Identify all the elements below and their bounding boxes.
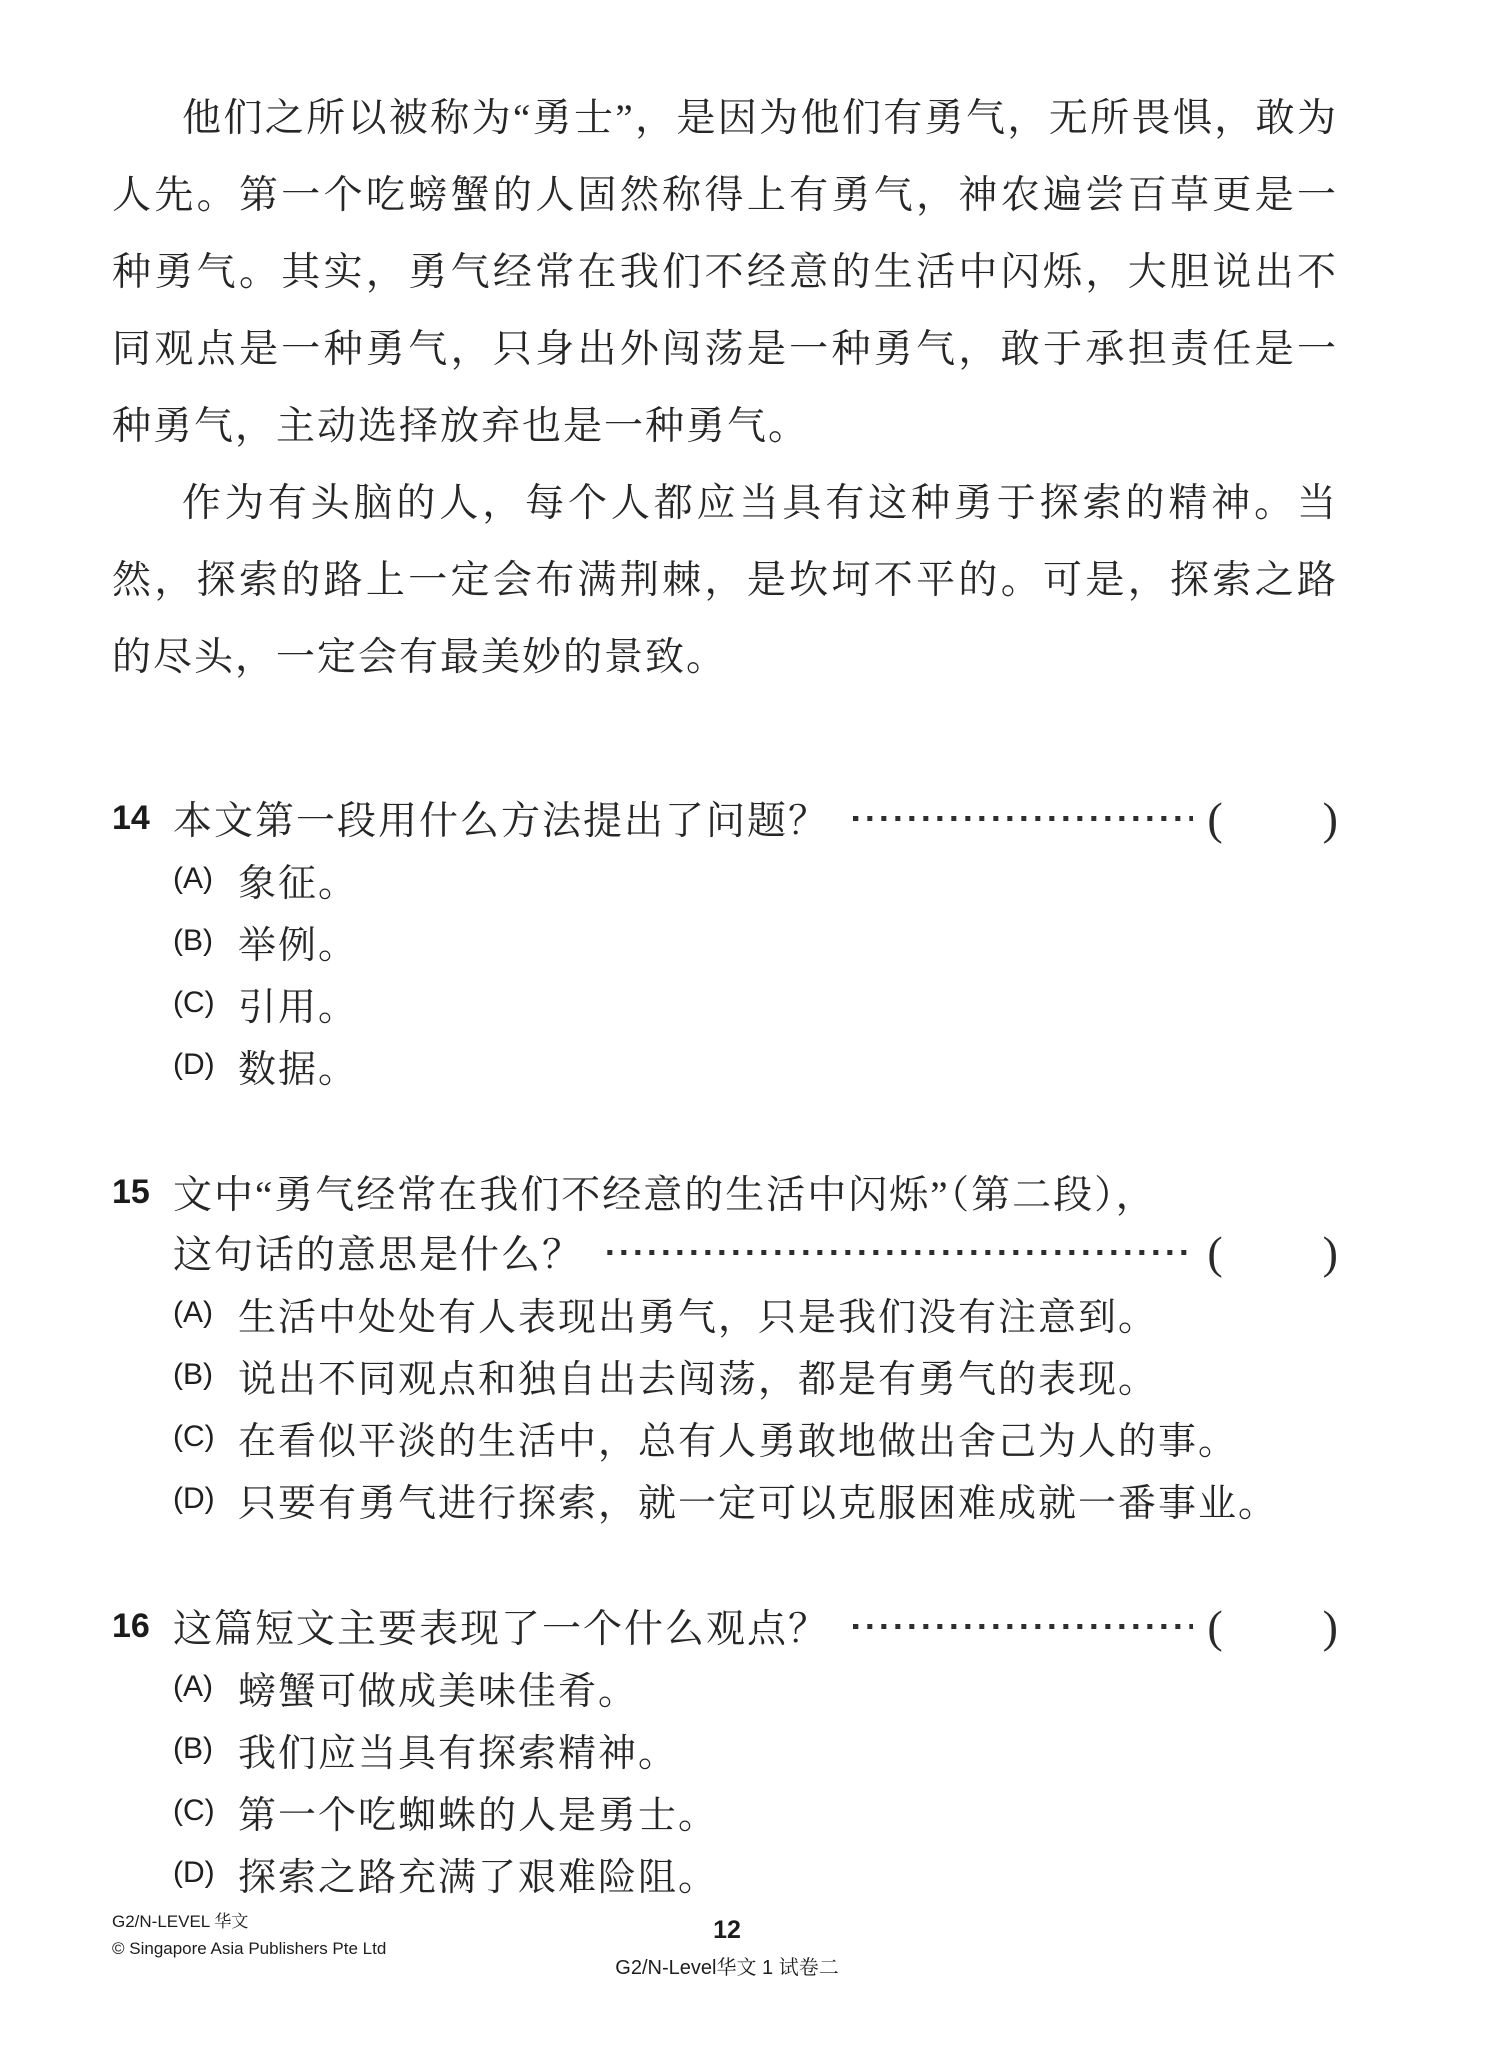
option-label: (B) <box>173 1358 238 1392</box>
option-row: (A) 象征。 <box>112 848 1338 910</box>
page-content: 他们之所以被称为“勇士”，是因为他们有勇气，无所畏惧，敢为人先。第一个吃螃蟹的人… <box>112 0 1338 1904</box>
dotted-leader <box>853 816 1193 821</box>
option-text: 我们应当具有探索精神。 <box>238 1722 678 1777</box>
question-15-options: (A) 生活中处处有人表现出勇气，只是我们没有注意到。 (B) 说出不同观点和独… <box>112 1282 1338 1530</box>
option-row: (D) 只要有勇气进行探索，就一定可以克服困难成就一番事业。 <box>112 1468 1338 1530</box>
option-label: (C) <box>173 1794 238 1828</box>
question-14-text: 本文第一段用什么方法提出了问题？ <box>173 790 829 846</box>
option-text: 引用。 <box>238 976 358 1031</box>
option-text: 象征。 <box>238 852 358 907</box>
option-row: (D) 数据。 <box>112 1034 1338 1096</box>
question-15-text: 文中“勇气经常在我们不经意的生活中闪烁”（第二段）， <box>173 1164 1157 1220</box>
question-16-line: 16 这篇短文主要表现了一个什么观点？ () <box>112 1596 1338 1656</box>
question-15-text-2: 这句话的意思是什么？ <box>173 1224 583 1280</box>
option-text: 在看似平淡的生活中，总有人勇敢地做出舍己为人的事。 <box>238 1410 1238 1465</box>
option-row: (A) 生活中处处有人表现出勇气，只是我们没有注意到。 <box>112 1282 1338 1344</box>
option-label: (C) <box>173 986 238 1020</box>
question-14: 14 本文第一段用什么方法提出了问题？ () (A) 象征。 (B) 举例。 (… <box>112 788 1338 1096</box>
option-text: 只要有勇气进行探索，就一定可以克服困难成就一番事业。 <box>238 1472 1278 1527</box>
option-text: 说出不同观点和独自出去闯荡，都是有勇气的表现。 <box>238 1348 1158 1403</box>
answer-bracket: () <box>1207 1226 1338 1279</box>
passage-paragraph-1: 他们之所以被称为“勇士”，是因为他们有勇气，无所畏惧，敢为人先。第一个吃螃蟹的人… <box>112 80 1338 465</box>
footer-copyright: © Singapore Asia Publishers Pte Ltd <box>112 1935 386 1962</box>
page-number: 12 <box>615 1915 838 1945</box>
option-row: (B) 说出不同观点和独自出去闯荡，都是有勇气的表现。 <box>112 1344 1338 1406</box>
option-label: (A) <box>173 1296 238 1330</box>
option-text: 螃蟹可做成美味佳肴。 <box>238 1660 638 1715</box>
option-label: (B) <box>173 1732 238 1766</box>
option-row: (C) 在看似平淡的生活中，总有人勇敢地做出舍己为人的事。 <box>112 1406 1338 1468</box>
bracket-close: ) <box>1323 792 1338 845</box>
option-text: 举例。 <box>238 914 358 969</box>
option-row: (A) 螃蟹可做成美味佳肴。 <box>112 1656 1338 1718</box>
footer-publisher: G2/N-LEVEL 华文 © Singapore Asia Publisher… <box>112 1908 386 1962</box>
question-16: 16 这篇短文主要表现了一个什么观点？ () (A) 螃蟹可做成美味佳肴。 (B… <box>112 1596 1338 1904</box>
option-row: (C) 引用。 <box>112 972 1338 1034</box>
question-14-number: 14 <box>112 799 173 838</box>
option-label: (A) <box>173 862 238 896</box>
option-label: (A) <box>173 1670 238 1704</box>
question-16-options: (A) 螃蟹可做成美味佳肴。 (B) 我们应当具有探索精神。 (C) 第一个吃蜘… <box>112 1656 1338 1904</box>
option-row: (B) 举例。 <box>112 910 1338 972</box>
bracket-open: ( <box>1207 1600 1222 1653</box>
option-text: 数据。 <box>238 1038 358 1093</box>
question-15-line-1: 15 文中“勇气经常在我们不经意的生活中闪烁”（第二段）， <box>112 1162 1338 1222</box>
option-label: (D) <box>173 1048 238 1082</box>
option-label: (D) <box>173 1482 238 1516</box>
option-row: (C) 第一个吃蜘蛛的人是勇士。 <box>112 1780 1338 1842</box>
footer-series-title: G2/N-LEVEL 华文 <box>112 1908 386 1935</box>
question-16-number: 16 <box>112 1607 173 1646</box>
dotted-leader <box>607 1250 1193 1255</box>
bracket-close: ) <box>1323 1600 1338 1653</box>
bracket-open: ( <box>1207 1226 1222 1279</box>
option-text: 生活中处处有人表现出勇气，只是我们没有注意到。 <box>238 1286 1158 1341</box>
question-14-options: (A) 象征。 (B) 举例。 (C) 引用。 (D) 数据。 <box>112 848 1338 1096</box>
option-label: (C) <box>173 1420 238 1454</box>
option-row: (B) 我们应当具有探索精神。 <box>112 1718 1338 1780</box>
footer-center: 12 G2/N-Level华文 1 试卷二 <box>615 1915 838 1980</box>
option-label: (B) <box>173 924 238 958</box>
option-text: 第一个吃蜘蛛的人是勇士。 <box>238 1784 718 1839</box>
exam-page: 他们之所以被称为“勇士”，是因为他们有勇气，无所畏惧，敢为人先。第一个吃螃蟹的人… <box>0 0 1503 2048</box>
option-text: 探索之路充满了艰难险阻。 <box>238 1846 718 1901</box>
bracket-close: ) <box>1323 1226 1338 1279</box>
option-label: (D) <box>173 1856 238 1890</box>
question-15-line-2: 这句话的意思是什么？ () <box>112 1222 1338 1282</box>
option-row: (D) 探索之路充满了艰难险阻。 <box>112 1842 1338 1904</box>
answer-bracket: () <box>1207 792 1338 845</box>
question-16-text: 这篇短文主要表现了一个什么观点？ <box>173 1598 829 1654</box>
question-15-number: 15 <box>112 1173 173 1212</box>
answer-bracket: () <box>1207 1600 1338 1653</box>
question-15: 15 文中“勇气经常在我们不经意的生活中闪烁”（第二段）， 这句话的意思是什么？… <box>112 1162 1338 1530</box>
question-14-line: 14 本文第一段用什么方法提出了问题？ () <box>112 788 1338 848</box>
footer-paper-title: G2/N-Level华文 1 试卷二 <box>615 1951 838 1980</box>
bracket-open: ( <box>1207 792 1222 845</box>
dotted-leader <box>853 1624 1193 1629</box>
passage-paragraph-2: 作为有头脑的人，每个人都应当具有这种勇于探索的精神。当然，探索的路上一定会布满荆… <box>112 465 1338 696</box>
